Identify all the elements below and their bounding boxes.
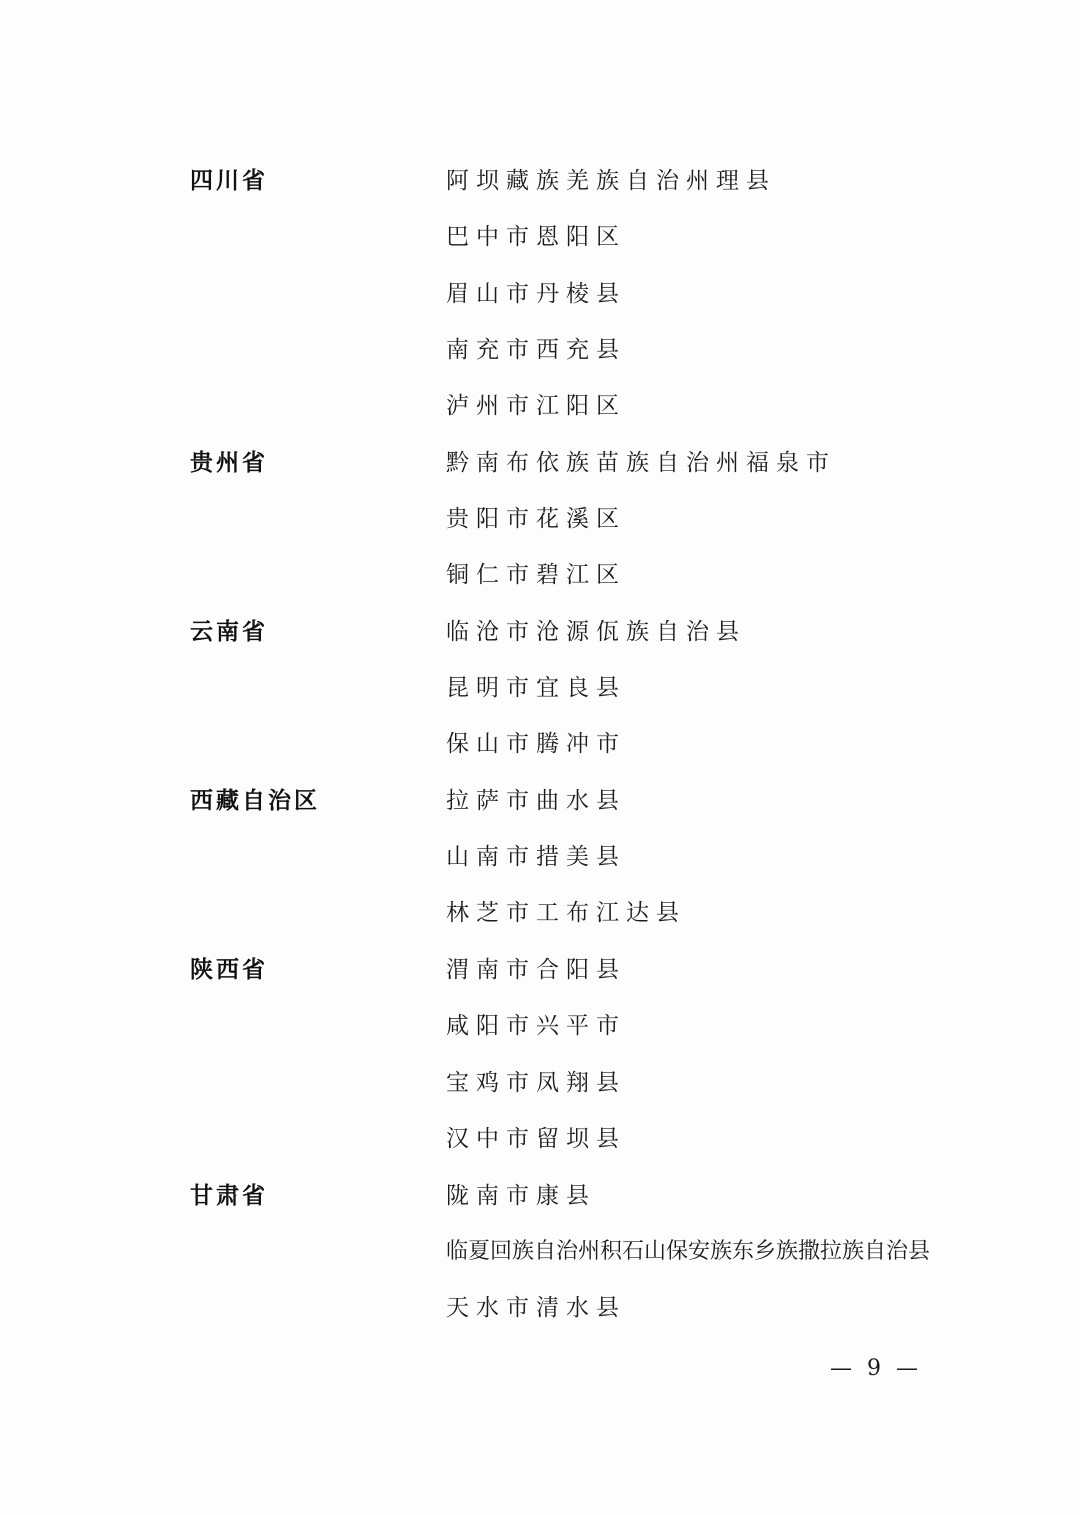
county-item: 渭南市合阳县 <box>446 955 626 985</box>
county-item: 汉中市留坝县 <box>446 1124 626 1154</box>
county-item: 临沧市沧源佤族自治县 <box>446 617 746 647</box>
county-item: 天水市清水县 <box>446 1293 626 1323</box>
county-item: 阿坝藏族羌族自治州理县 <box>446 166 776 196</box>
document-page: 四川省 阿坝藏族羌族自治州理县 巴中市恩阳区 眉山市丹棱县 南充市西充县 泸州市… <box>0 0 1080 1515</box>
county-item: 泸州市江阳区 <box>446 391 626 421</box>
county-item: 南充市西充县 <box>446 335 626 365</box>
county-item: 临夏回族自治州积石山保安族东乡族撒拉族自治县 <box>446 1237 930 1267</box>
province-label-sichuan: 四川省 <box>190 166 268 196</box>
county-item: 昆明市宜良县 <box>446 673 626 703</box>
county-item: 眉山市丹棱县 <box>446 279 626 309</box>
county-item: 保山市腾冲市 <box>446 729 626 759</box>
county-item: 林芝市工布江达县 <box>446 898 686 928</box>
county-item: 山南市措美县 <box>446 842 626 872</box>
page-number: — 9 — <box>830 1356 922 1381</box>
county-item: 陇南市康县 <box>446 1181 596 1211</box>
county-item: 贵阳市花溪区 <box>446 504 626 534</box>
county-item: 拉萨市曲水县 <box>446 786 626 816</box>
county-item: 咸阳市兴平市 <box>446 1011 626 1041</box>
province-label-gansu: 甘肃省 <box>190 1181 268 1211</box>
province-label-guizhou: 贵州省 <box>190 448 268 478</box>
county-item: 铜仁市碧江区 <box>446 560 626 590</box>
county-item: 宝鸡市凤翔县 <box>446 1068 626 1098</box>
province-label-tibet: 西藏自治区 <box>190 786 320 816</box>
province-label-yunnan: 云南省 <box>190 617 268 647</box>
county-item: 巴中市恩阳区 <box>446 222 626 252</box>
county-item: 黔南布依族苗族自治州福泉市 <box>446 448 836 478</box>
province-label-shaanxi: 陕西省 <box>190 955 268 985</box>
